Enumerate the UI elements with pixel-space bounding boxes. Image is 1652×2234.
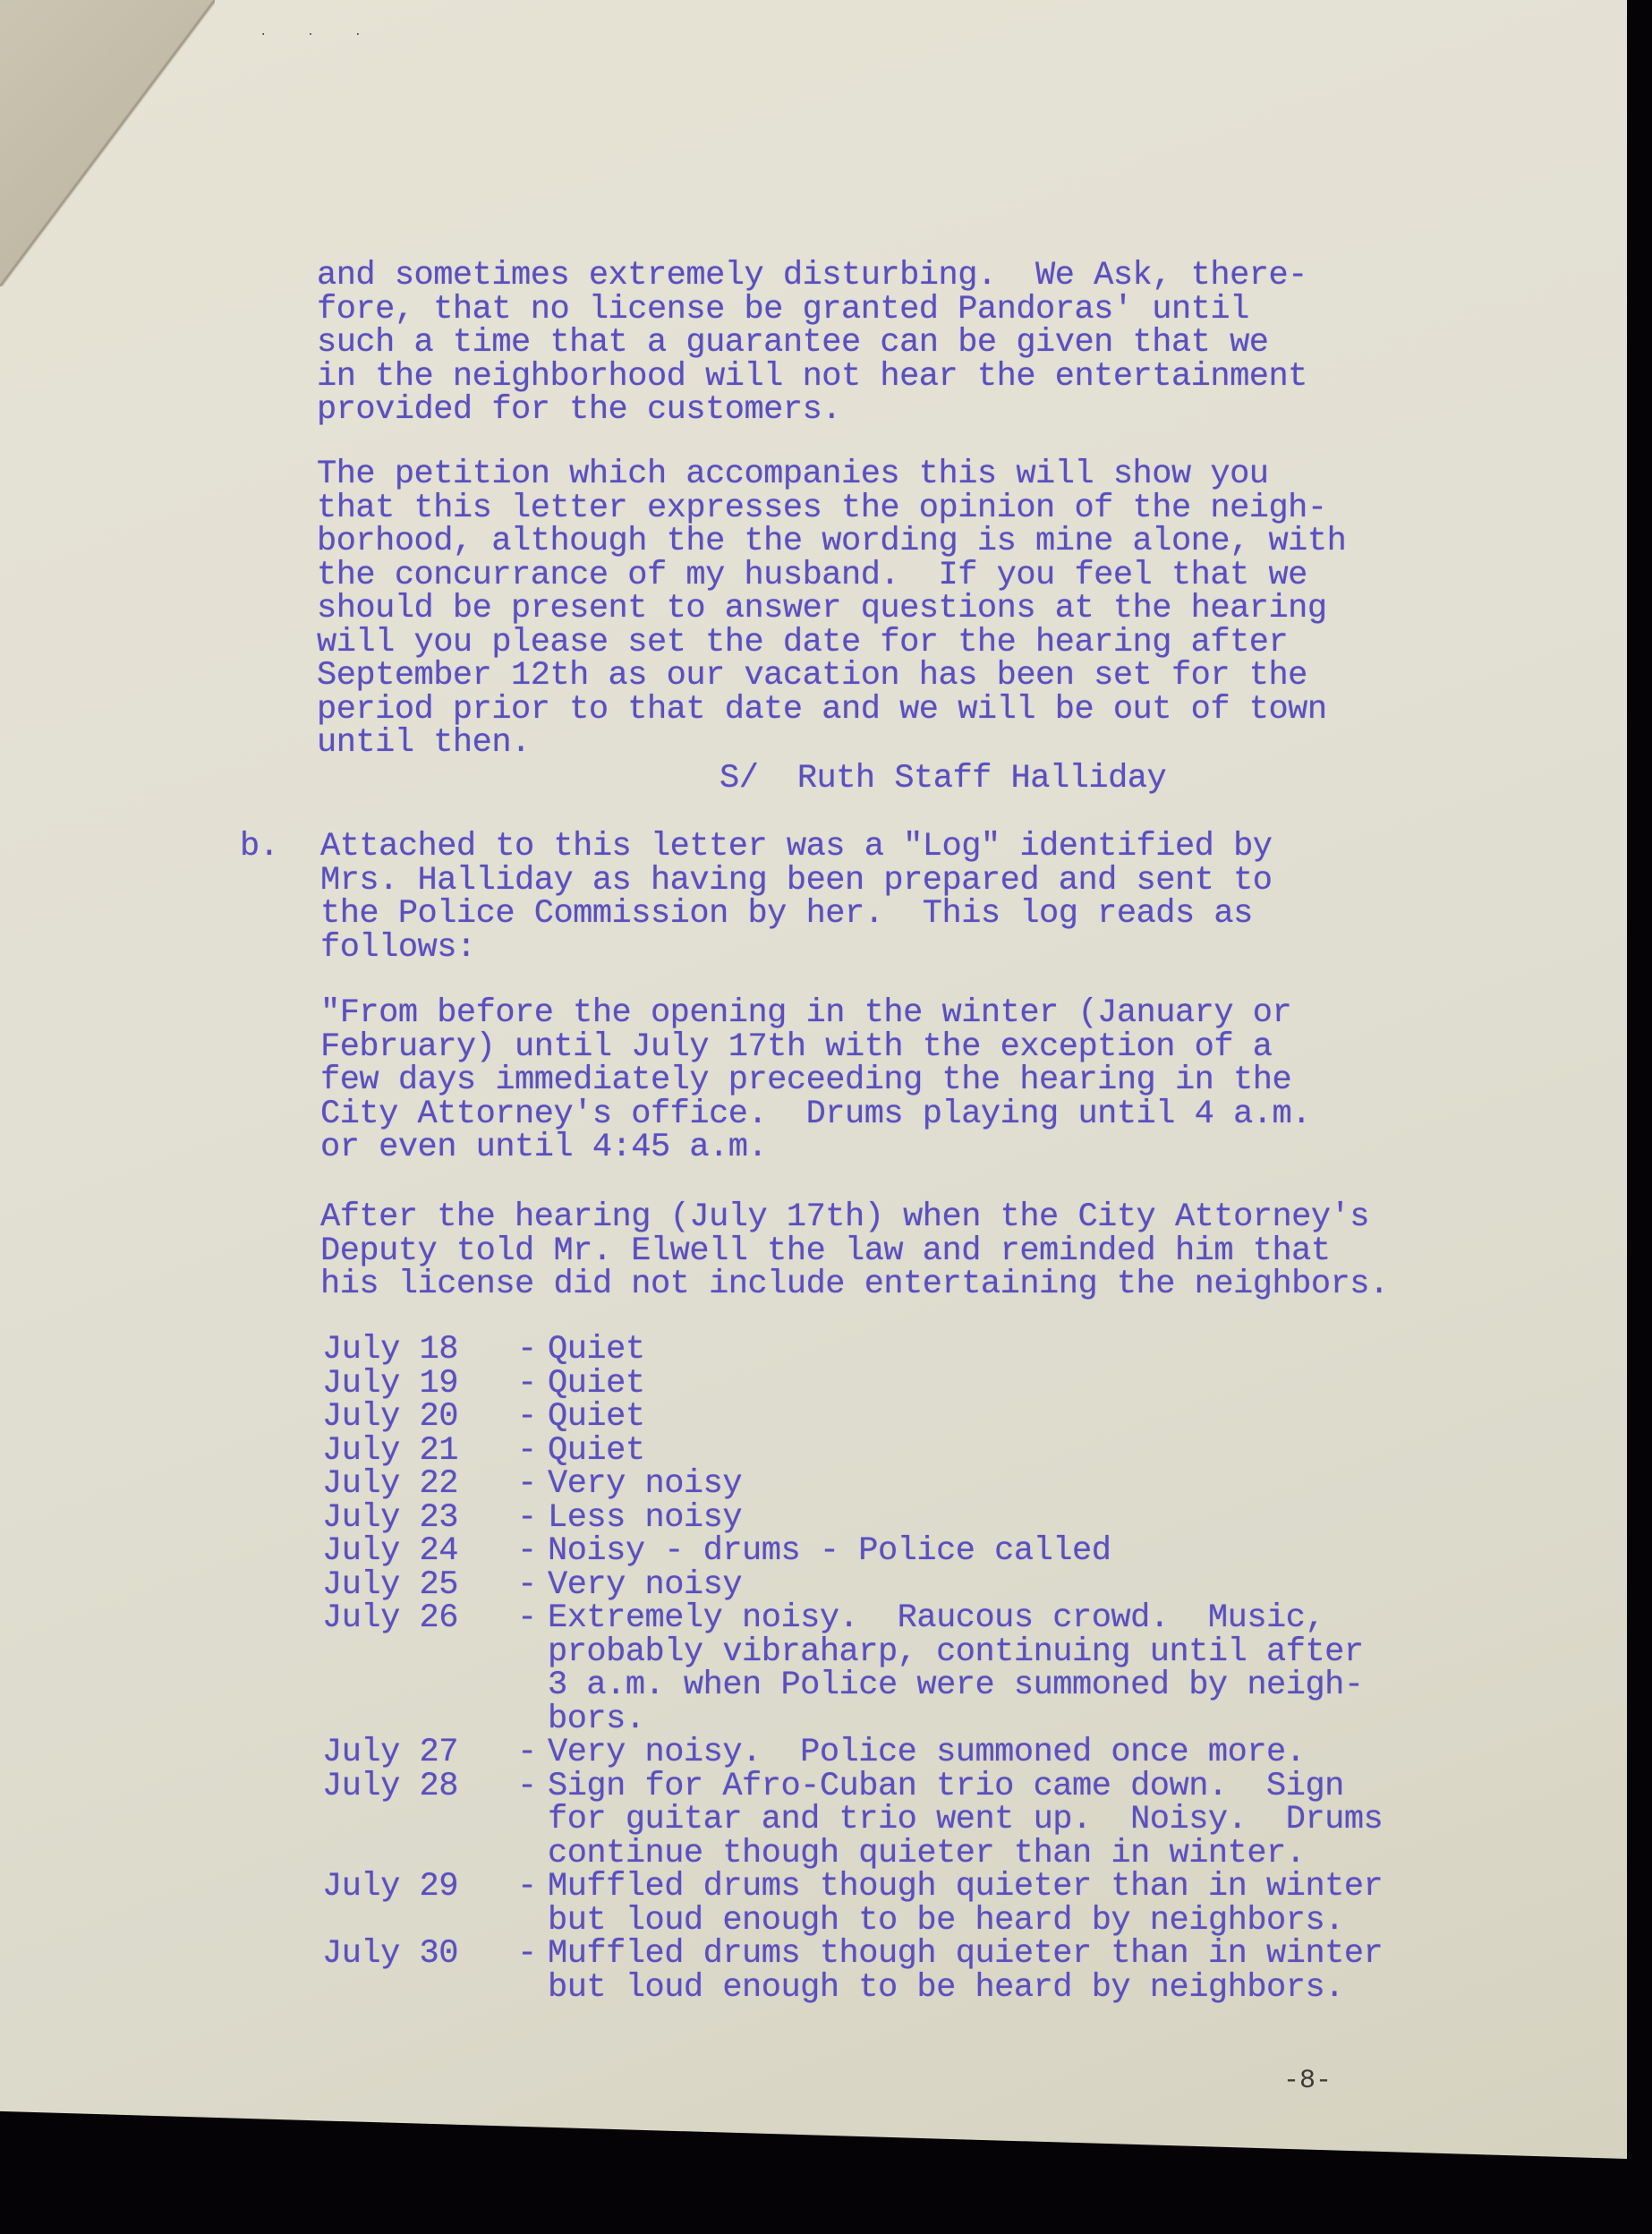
log-separator: - xyxy=(517,1770,539,1872)
text-line: 3 a.m. when Police were summoned by neig… xyxy=(548,1669,1364,1703)
log-entry: July 29-Muffled drums though quieter tha… xyxy=(322,1871,1383,1938)
log-separator: - xyxy=(517,1535,539,1569)
log-entry: July 28-Sign for Afro-Cuban trio came do… xyxy=(322,1770,1383,1872)
log-date: July 27 xyxy=(322,1736,517,1770)
text-line: September 12th as our vacation has been … xyxy=(317,660,1346,694)
text-line: Quiet xyxy=(548,1435,645,1469)
text-line: the concurrance of my husband. If you fe… xyxy=(317,559,1346,593)
text-line: period prior to that date and we will be… xyxy=(317,694,1346,728)
text-line: Noisy - drums - Police called xyxy=(548,1535,1111,1569)
text-line: and sometimes extremely disturbing. We A… xyxy=(317,260,1307,294)
log-entry: July 19-Quiet xyxy=(322,1368,1383,1402)
log-description: Extremely noisy. Raucous crowd. Music,pr… xyxy=(539,1602,1364,1736)
log-separator: - xyxy=(517,1401,539,1435)
text-line: City Attorney's office. Drums playing un… xyxy=(320,1098,1311,1132)
text-line: borhood, although the the wording is min… xyxy=(317,525,1346,559)
text-line: will you please set the date for the hea… xyxy=(317,627,1346,661)
log-entry: July 26-Extremely noisy. Raucous crowd. … xyxy=(322,1602,1383,1736)
text-line: February) until July 17th with the excep… xyxy=(320,1031,1311,1065)
text-line: follows: xyxy=(320,932,1272,966)
log-separator: - xyxy=(517,1468,539,1502)
log-description: Very noisy xyxy=(539,1569,742,1603)
log-description: Muffled drums though quieter than in win… xyxy=(539,1938,1383,2005)
page-number: -8- xyxy=(1283,2066,1332,2096)
log-intro: Attached to this letter was a "Log" iden… xyxy=(320,831,1272,965)
log-description: Quiet xyxy=(539,1401,645,1435)
letter-paragraph-2: The petition which accompanies this will… xyxy=(317,458,1346,761)
log-date: July 29 xyxy=(322,1871,517,1938)
log-description: Quiet xyxy=(539,1368,645,1402)
text-line: Quiet xyxy=(548,1401,645,1435)
text-line: Quiet xyxy=(548,1334,645,1368)
text-line: but loud enough to be heard by neighbors… xyxy=(548,1905,1383,1939)
log-separator: - xyxy=(517,1569,539,1603)
log-separator: - xyxy=(517,1736,539,1770)
log-description: Noisy - drums - Police called xyxy=(539,1535,1111,1569)
text-line: Muffled drums though quieter than in win… xyxy=(548,1871,1383,1905)
log-separator: - xyxy=(517,1334,539,1368)
text-line: probably vibraharp, continuing until aft… xyxy=(548,1636,1364,1670)
log-date: July 22 xyxy=(322,1468,517,1502)
log-description: Sign for Afro-Cuban trio came down. Sign… xyxy=(539,1770,1383,1872)
text-line: few days immediately preceeding the hear… xyxy=(320,1064,1311,1098)
log-separator: - xyxy=(517,1938,539,2005)
log-date: July 25 xyxy=(322,1569,517,1603)
text-line: the Police Commission by her. This log r… xyxy=(320,898,1272,932)
text-line: continue though quieter than in winter. xyxy=(548,1838,1383,1872)
log-date: July 21 xyxy=(322,1435,517,1469)
log-quote-paragraph-2: After the hearing (July 17th) when the C… xyxy=(320,1201,1389,1302)
log-entries: July 18-QuietJuly 19-QuietJuly 20-QuietJ… xyxy=(322,1334,1383,2005)
log-date: July 20 xyxy=(322,1401,517,1435)
log-entry: July 27-Very noisy. Police summoned once… xyxy=(322,1736,1383,1770)
log-description: Muffled drums though quieter than in win… xyxy=(539,1871,1383,1938)
log-date: July 18 xyxy=(322,1334,517,1368)
log-entry: July 24-Noisy - drums - Police called xyxy=(322,1535,1383,1569)
text-line: Very noisy xyxy=(548,1569,742,1603)
fold-crease xyxy=(0,0,215,286)
top-marks: . . . xyxy=(260,25,378,39)
log-entry: July 22-Very noisy xyxy=(322,1468,1383,1502)
text-line: until then. xyxy=(317,727,1346,761)
text-line: Sign for Afro-Cuban trio came down. Sign xyxy=(548,1770,1383,1804)
log-date: July 24 xyxy=(322,1535,517,1569)
text-line: but loud enough to be heard by neighbors… xyxy=(548,1972,1383,2006)
text-line: Very noisy xyxy=(548,1468,742,1502)
text-line: in the neighborhood will not hear the en… xyxy=(317,361,1307,395)
text-line: such a time that a guarantee can be give… xyxy=(317,327,1307,361)
log-quote-paragraph-1: "From before the opening in the winter (… xyxy=(320,997,1311,1165)
log-entry: July 30-Muffled drums though quieter tha… xyxy=(322,1938,1383,2005)
text-line: that this letter expresses the opinion o… xyxy=(317,492,1346,526)
log-entry: July 21-Quiet xyxy=(322,1435,1383,1469)
log-separator: - xyxy=(517,1502,539,1536)
text-line: or even until 4:45 a.m. xyxy=(320,1131,1311,1165)
text-line: After the hearing (July 17th) when the C… xyxy=(320,1201,1389,1235)
text-line: for guitar and trio went up. Noisy. Drum… xyxy=(548,1803,1383,1838)
text-line: Very noisy. Police summoned once more. xyxy=(548,1736,1305,1770)
text-line: fore, that no license be granted Pandora… xyxy=(317,294,1307,328)
text-line: Deputy told Mr. Elwell the law and remin… xyxy=(320,1235,1389,1269)
text-line: his license did not include entertaining… xyxy=(320,1268,1389,1302)
log-description: Very noisy xyxy=(539,1468,742,1502)
text-line: Mrs. Halliday as having been prepared an… xyxy=(320,865,1272,899)
text-line: Muffled drums though quieter than in win… xyxy=(548,1938,1383,1972)
text-line: Less noisy xyxy=(548,1502,742,1536)
log-date: July 19 xyxy=(322,1368,517,1402)
log-date: July 26 xyxy=(322,1602,517,1736)
log-separator: - xyxy=(517,1368,539,1402)
log-description: Very noisy. Police summoned once more. xyxy=(539,1736,1305,1770)
text-line: The petition which accompanies this will… xyxy=(317,458,1346,492)
log-description: Less noisy xyxy=(539,1502,742,1536)
log-description: Quiet xyxy=(539,1334,645,1368)
text-line: Extremely noisy. Raucous crowd. Music, xyxy=(548,1602,1364,1636)
log-entry: July 23-Less noisy xyxy=(322,1502,1383,1536)
text-line: should be present to answer questions at… xyxy=(317,593,1346,627)
text-line: Quiet xyxy=(548,1368,645,1402)
text-line: bors. xyxy=(548,1703,1364,1737)
log-separator: - xyxy=(517,1871,539,1938)
item-marker-b: b. xyxy=(240,831,278,865)
log-entry: July 20-Quiet xyxy=(322,1401,1383,1435)
log-date: July 28 xyxy=(322,1770,517,1872)
log-entry: July 25-Very noisy xyxy=(322,1569,1383,1603)
text-line: Attached to this letter was a "Log" iden… xyxy=(320,831,1272,865)
log-entry: July 18-Quiet xyxy=(322,1334,1383,1368)
letter-paragraph-1: and sometimes extremely disturbing. We A… xyxy=(317,260,1307,428)
signature: S/ Ruth Staff Halliday xyxy=(720,763,1166,797)
text-line: provided for the customers. xyxy=(317,394,1307,428)
log-separator: - xyxy=(517,1602,539,1736)
text-line: "From before the opening in the winter (… xyxy=(320,997,1311,1031)
log-date: July 23 xyxy=(322,1502,517,1536)
log-date: July 30 xyxy=(322,1938,517,2005)
log-separator: - xyxy=(517,1435,539,1469)
log-description: Quiet xyxy=(539,1435,645,1469)
